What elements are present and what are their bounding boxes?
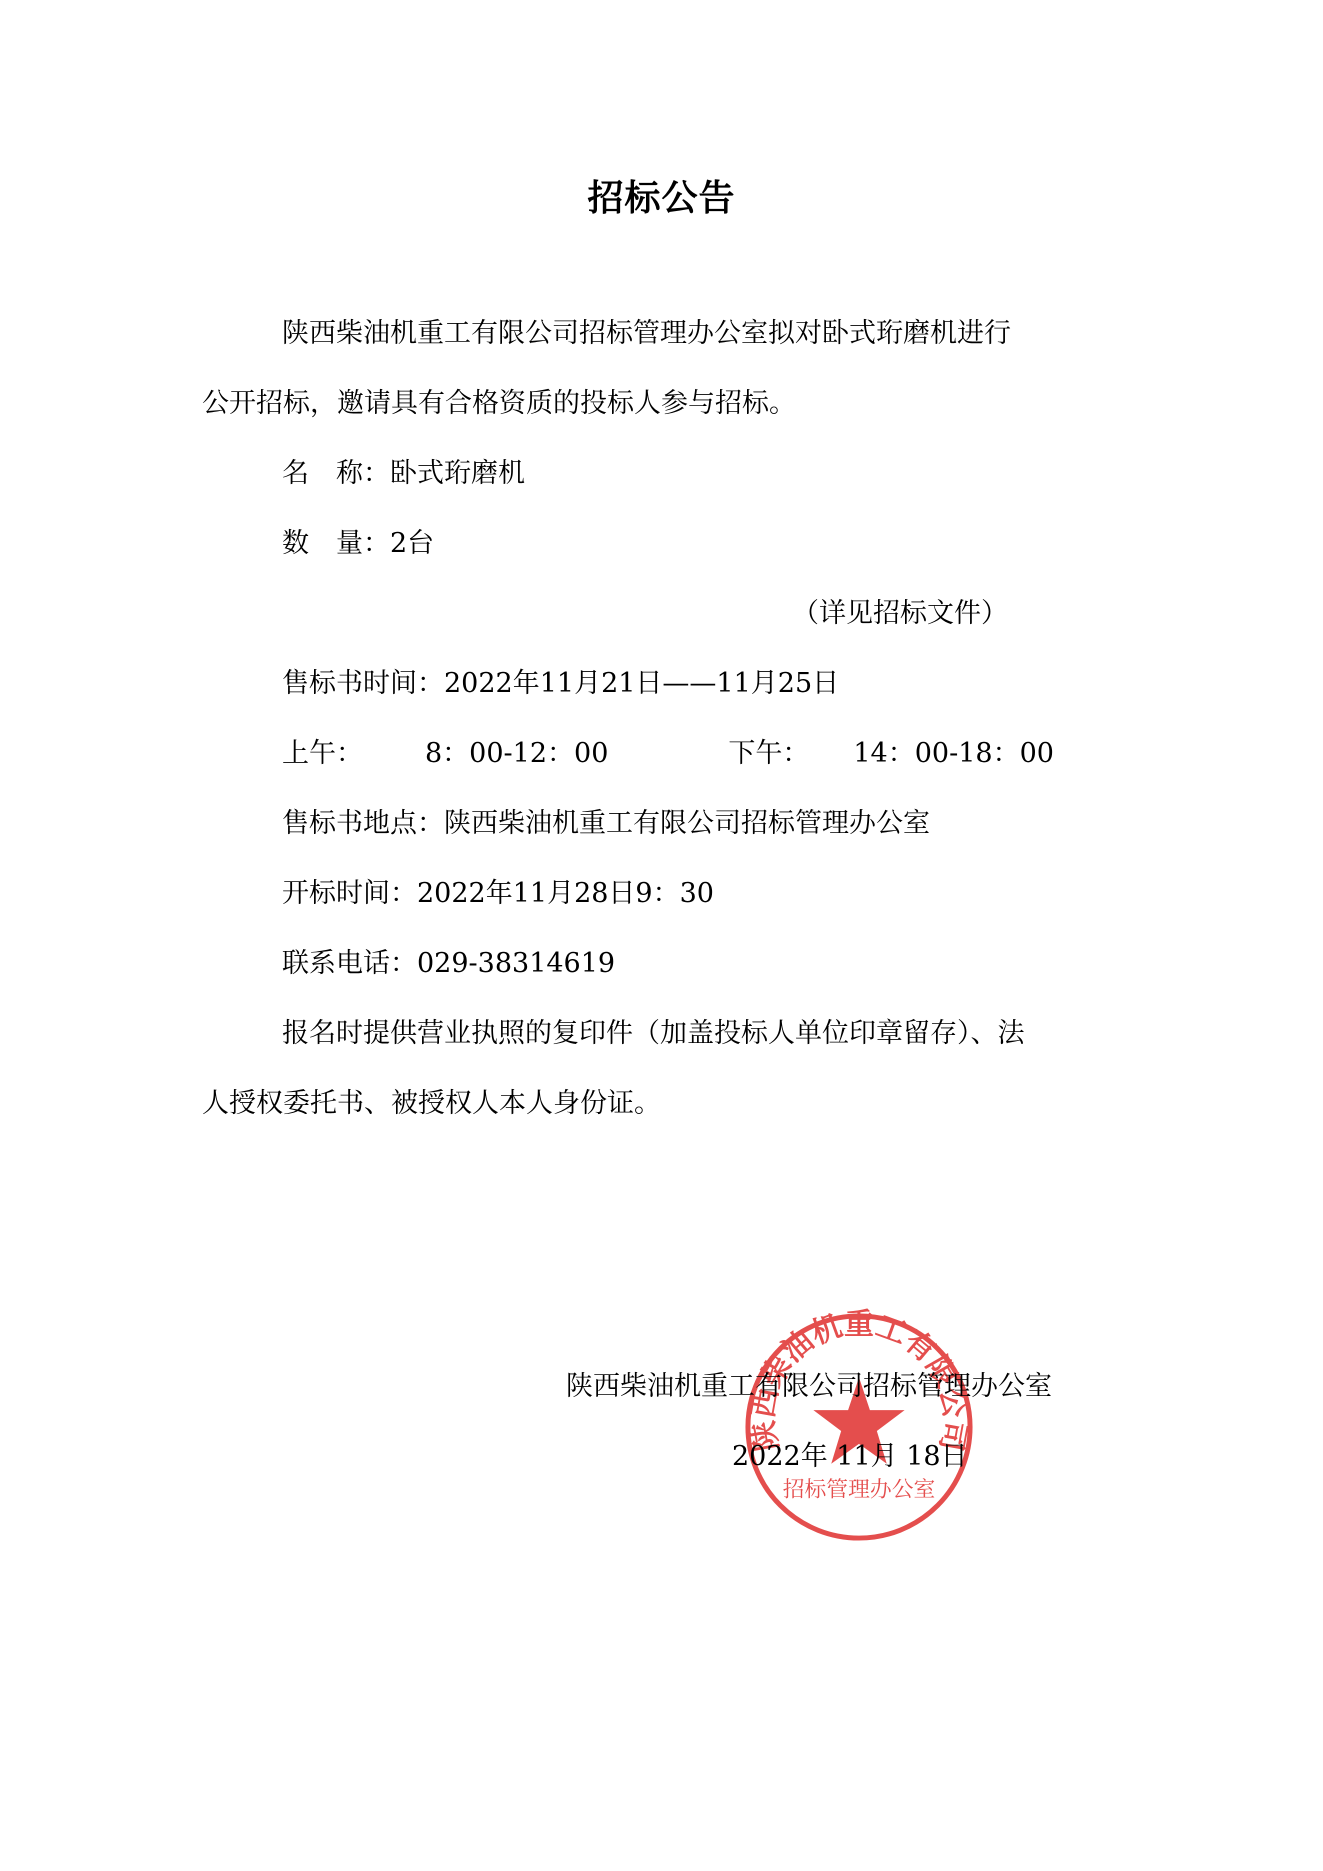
page-title: 招标公告 — [0, 170, 1323, 221]
signature-organization: 陕西柴油机重工有限公司招标管理办公室 — [566, 1364, 1052, 1403]
requirement-line-1: 报名时提供营业执照的复印件（加盖投标人单位印章留存）、法 — [282, 1016, 1025, 1052]
phone-value: 029-38314619 — [417, 948, 615, 979]
item-name-label: 名 称： — [282, 458, 390, 489]
sale-place-label: 售标书地点： — [282, 808, 444, 839]
phone-label: 联系电话： — [282, 948, 417, 979]
intro-paragraph-line-1: 陕西柴油机重工有限公司招标管理办公室拟对卧式珩磨机进行 — [282, 316, 1011, 352]
seal-bottom-text: 招标管理办公室 — [783, 1477, 936, 1502]
sale-time-row: 售标书时间：2022年11月21日——11月25日 — [282, 666, 839, 702]
requirement-line-2: 人授权委托书、被授权人本人身份证。 — [202, 1086, 661, 1122]
signature-date: 2022年 11月 18日 — [732, 1434, 968, 1473]
sale-time-value: 2022年11月21日——11月25日 — [444, 668, 839, 699]
open-time-value: 2022年11月28日9：30 — [417, 878, 714, 909]
quantity-label: 数 量： — [282, 528, 390, 559]
intro-paragraph-line-2: 公开招标，邀请具有合格资质的投标人参与招标。 — [202, 386, 796, 422]
afternoon-hours: 14：00-18：00 — [853, 738, 1054, 769]
sale-place-row: 售标书地点：陕西柴油机重工有限公司招标管理办公室 — [282, 806, 930, 842]
item-name-row: 名 称：卧式珩磨机 — [282, 456, 525, 492]
sale-place-value: 陕西柴油机重工有限公司招标管理办公室 — [444, 808, 930, 839]
open-time-row: 开标时间：2022年11月28日9：30 — [282, 876, 714, 912]
morning-hours: 8：00-12：00 — [425, 738, 608, 769]
open-time-label: 开标时间： — [282, 878, 417, 909]
morning-label: 上午： — [282, 738, 363, 769]
see-tender-docs-note: （详见招标文件） — [792, 596, 1008, 632]
document-page: 招标公告 陕西柴油机重工有限公司招标管理办公室拟对卧式珩磨机进行 公开招标，邀请… — [0, 0, 1323, 1871]
afternoon-label: 下午： — [728, 738, 809, 769]
official-seal-icon: 陕西柴油机重工有限公司 招标管理办公室 — [740, 1308, 978, 1546]
hours-row: 上午：8：00-12：00下午：14：00-18：00 — [282, 736, 1054, 772]
phone-row: 联系电话：029-38314619 — [282, 946, 615, 982]
item-name-value: 卧式珩磨机 — [390, 458, 525, 489]
quantity-value: 2台 — [390, 528, 434, 559]
sale-time-label: 售标书时间： — [282, 668, 444, 699]
quantity-row: 数 量：2台 — [282, 526, 434, 562]
